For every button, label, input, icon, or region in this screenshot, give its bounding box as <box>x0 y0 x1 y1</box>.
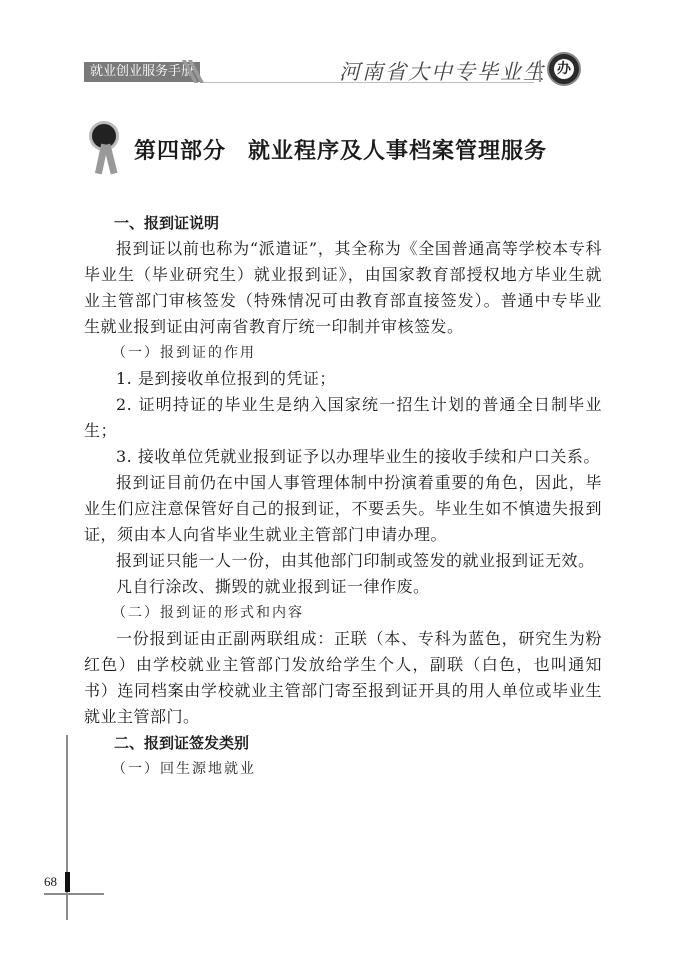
publisher-calligraphy: 河南省大中专毕业生 <box>339 56 546 86</box>
chapter-title-row: 第四部分就业程序及人事档案管理服务 <box>90 122 610 182</box>
list-item: 1. 是到接收单位报到的凭证； <box>84 366 602 392</box>
paragraph: 一份报到证由正副两联组成：正联（本、专科为蓝色，研究生为粉红色）由学校就业主管部… <box>84 626 602 730</box>
paragraph: 凡自行涂改、撕毁的就业报到证一律作废。 <box>84 574 602 600</box>
page-marker <box>65 872 70 892</box>
subsection-heading: （一）报到证的作用 <box>84 340 602 366</box>
rosette-ribbon-icon <box>90 122 126 180</box>
page-number: 68 <box>44 874 57 890</box>
chapter-name: 就业程序及人事档案管理服务 <box>248 138 547 164</box>
list-item: 3. 接收单位凭就业报到证予以办理毕业生的接收手续和户口关系。 <box>84 444 602 470</box>
book-title-tab: 就业创业服务手册 <box>84 62 200 82</box>
paragraph: 报到证以前也称为“派遣证”，其全称为《全国普通高等学校本专科毕业生（毕业研究生）… <box>84 236 602 340</box>
body-text: 一、报到证说明 报到证以前也称为“派遣证”，其全称为《全国普通高等学校本专科毕业… <box>84 210 602 782</box>
subsection-heading: （一）回生源地就业 <box>84 756 602 782</box>
list-item: 2. 证明持证的毕业生是纳入国家统一招生计划的普通全日制毕业生； <box>84 392 602 444</box>
emblem-logo-icon: 办 <box>547 52 581 86</box>
section-heading: 二、报到证签发类别 <box>84 730 602 756</box>
subsection-heading: （二）报到证的形式和内容 <box>84 600 602 626</box>
margin-rule-horizontal <box>44 893 104 895</box>
header-divider <box>539 60 541 82</box>
emblem-glyph: 办 <box>554 59 574 79</box>
running-header: 就业创业服务手册 河南省大中专毕业生 办 <box>84 52 624 86</box>
paragraph: 报到证只能一人一份，由其他部门印制或签发的就业报到证无效。 <box>84 548 602 574</box>
section-heading: 一、报到证说明 <box>84 210 602 236</box>
chapter-part: 第四部分 <box>134 138 226 164</box>
paragraph: 报到证目前仍在中国人事管理体制中扮演着重要的角色，因此，毕业生们应注意保管好自己… <box>84 470 602 548</box>
chapter-title: 第四部分就业程序及人事档案管理服务 <box>134 134 547 165</box>
